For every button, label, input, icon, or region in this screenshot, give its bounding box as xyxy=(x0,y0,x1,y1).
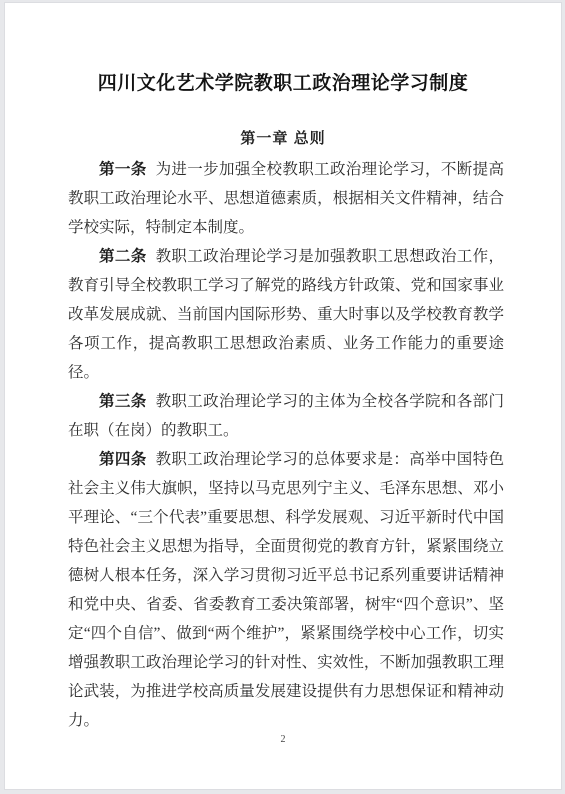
paragraph-article-2: 第二条教职工政治理论学习是加强教职工思想政治工作，教育引导全校教职工学习了解党的… xyxy=(68,242,504,387)
article-2-text: 教职工政治理论学习是加强教职工思想政治工作，教育引导全校教职工学习了解党的路线方… xyxy=(68,248,504,381)
paragraph-article-1: 第一条为进一步加强全校教职工政治理论学习，不断提高教职工政治理论水平、思想道德素… xyxy=(68,155,504,242)
viewer-background: { "doc": { "background_color": "#e7e8eb"… xyxy=(0,0,565,794)
paragraph-article-3: 第三条教职工政治理论学习的主体为全校各学院和各部门在职（在岗）的教职工。 xyxy=(68,387,504,445)
paragraph-article-4: 第四条教职工政治理论学习的总体要求是：高举中国特色社会主义伟大旗帜，坚持以马克思… xyxy=(68,445,504,735)
page-number: 2 xyxy=(4,734,562,746)
article-2-number: 第二条 xyxy=(99,248,147,265)
document-title: 四川文化艺术学院教职工政治理论学习制度 xyxy=(4,2,562,96)
article-1-number: 第一条 xyxy=(99,161,147,178)
document-page: 四川文化艺术学院教职工政治理论学习制度 第一章 总则 第一条为进一步加强全校教职… xyxy=(4,2,562,790)
article-3-number: 第三条 xyxy=(99,393,147,410)
article-4-number: 第四条 xyxy=(99,451,147,468)
article-4-text: 教职工政治理论学习的总体要求是：高举中国特色社会主义伟大旗帜，坚持以马克思列宁主… xyxy=(68,451,504,729)
document-body: 第一条为进一步加强全校教职工政治理论学习，不断提高教职工政治理论水平、思想道德素… xyxy=(4,155,562,735)
chapter-heading: 第一章 总则 xyxy=(4,130,562,148)
